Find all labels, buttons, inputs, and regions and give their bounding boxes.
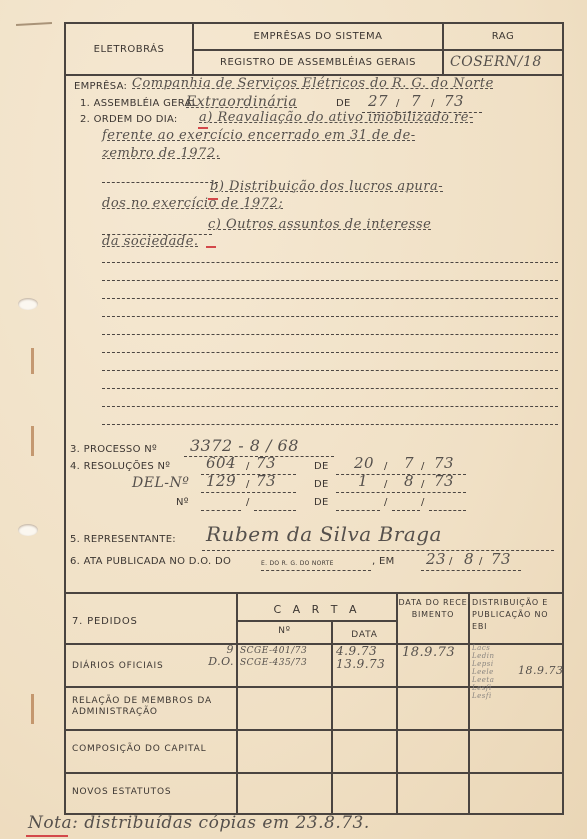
row-relacao-membros: RELAÇÃO DE MEMBROS DA ADMINISTRAÇÃO (72, 696, 232, 718)
staple-mark (31, 426, 34, 456)
ata-year: 73 (491, 550, 511, 568)
assembleia-de-label: DE (336, 98, 351, 109)
resolucao-1-de: DE (314, 461, 329, 472)
resolucao-3-de: DE (314, 497, 329, 508)
carta-data-1: 4.9.73 (336, 644, 377, 658)
resolucao-1-num: 604 (206, 454, 236, 472)
resolucao-2-day: 1 (358, 472, 368, 490)
red-pencil-mark (206, 246, 216, 248)
staple-mark (31, 348, 34, 374)
processo-value: 3372 - 8 / 68 (190, 436, 299, 455)
carta-data-2: 13.9.73 (336, 657, 385, 671)
pencil-mark (16, 22, 52, 26)
assembleia-day: 27 (368, 92, 388, 110)
carta-numero-1: SCGE-401/73 (240, 646, 307, 656)
representante-label: 5. REPRESENTANTE: (70, 534, 176, 545)
resolucao-2-de: DE (314, 479, 329, 490)
staple-mark (31, 694, 34, 724)
form-title: REGISTRO DE ASSEMBLÉIAS GERAIS (194, 51, 442, 74)
margin-note: 9 D.O. (206, 644, 234, 668)
document-page: ELETROBRÁS EMPRÊSAS DO SISTEMA REGISTRO … (0, 0, 587, 839)
row-novos-estatutos: NOVOS ESTATUTOS (72, 787, 171, 798)
ata-em-label: , EM (372, 556, 395, 567)
resolucao-3-prefix: Nº (176, 497, 189, 508)
ordem-line-2: ferente ao exercício encerrado em 31 de … (102, 128, 416, 143)
resolucao-1-month: 7 (404, 454, 414, 472)
ata-month: 8 (464, 550, 474, 568)
distribuicao-value: 18.9.73 (518, 664, 564, 677)
row-diarios-oficiais: DIÁRIOS OFICIAIS (72, 661, 163, 672)
resolucao-1-day: 20 (354, 454, 374, 472)
del-prefix: DEL-Nº (132, 475, 189, 491)
row-composicao-capital: COMPOSIÇÃO DO CAPITAL (72, 744, 206, 755)
ordem-line-3: zembro de 1972. (102, 146, 220, 161)
ordem-line-5: dos no exercício de 1972; (102, 196, 283, 211)
assembleia-label: 1. ASSEMBLÉIA GERAL (80, 98, 198, 109)
ata-label: 6. ATA PUBLICADA NO D.O. DO (70, 556, 231, 567)
empresa-value: Companhia de Serviços Elétricos do R. G.… (132, 76, 494, 91)
assembleia-type: Extraordinária (186, 94, 297, 110)
org-name: ELETROBRÁS (66, 24, 192, 74)
resolucao-1-yr: 73 (434, 454, 454, 472)
ata-do-value: E. DO R. G. DO NORTE (261, 560, 334, 567)
form-code-label: RAG (444, 24, 562, 49)
resolucao-2-month: 8 (404, 472, 414, 490)
pedidos-label: 7. PEDIDOS (72, 616, 138, 627)
rag-form: ELETROBRÁS EMPRÊSAS DO SISTEMA REGISTRO … (64, 22, 564, 815)
punch-hole (18, 524, 38, 536)
carta-header: C A R T A (238, 604, 396, 615)
ordem-line-4: b) Distribuição dos lucros apura- (210, 179, 443, 194)
resolucao-2-num: 129 (206, 472, 236, 490)
system-title: EMPRÊSAS DO SISTEMA (194, 24, 442, 49)
distribuicao-header: DISTRIBUIÇÃO E PUBLICAÇÃO NO EBI (472, 597, 560, 633)
recebimento-value: 18.9.73 (402, 645, 455, 660)
resolucoes-label: 4. RESOLUÇÕES Nº (70, 461, 170, 472)
ordem-line-7: da sociedade. (102, 234, 199, 249)
data-header: DATA (333, 630, 396, 641)
resolucao-2-yr: 73 (434, 472, 454, 490)
ordem-line-6: c) Outros assuntos de interesse (208, 217, 431, 232)
empresa-label: EMPRÊSA: (74, 81, 127, 92)
processo-label: 3. PROCESSO Nº (70, 444, 157, 455)
carta-numero-2: SCGE-435/73 (240, 658, 307, 668)
resolucao-2-year: 73 (256, 472, 276, 490)
ata-day: 23 (426, 550, 446, 568)
form-header: ELETROBRÁS EMPRÊSAS DO SISTEMA REGISTRO … (66, 24, 562, 76)
form-code-value: COSERN/18 (450, 54, 542, 70)
ordem-line-1: a) Reavaliação do ativo imobilizado re- (199, 110, 474, 125)
resolucao-1-year: 73 (256, 454, 276, 472)
numero-header: Nº (238, 626, 331, 637)
assembleia-year: 73 (444, 92, 464, 110)
representante-value: Rubem da Silva Braga (206, 522, 442, 546)
nota-text: Nota: distribuídas cópias em 23.8.73. (28, 813, 370, 833)
punch-hole (18, 298, 38, 310)
assembleia-month: 7 (411, 92, 421, 110)
red-pencil-mark (26, 835, 68, 837)
distribuicao-note: Lacs Ledin Lepsi Leele Leeta Lesfi Lesfi (472, 644, 512, 700)
ordem-label: 2. ORDEM DO DIA: (80, 114, 178, 125)
recebimento-header: DATA DO RECEBIMENTO (398, 597, 468, 621)
